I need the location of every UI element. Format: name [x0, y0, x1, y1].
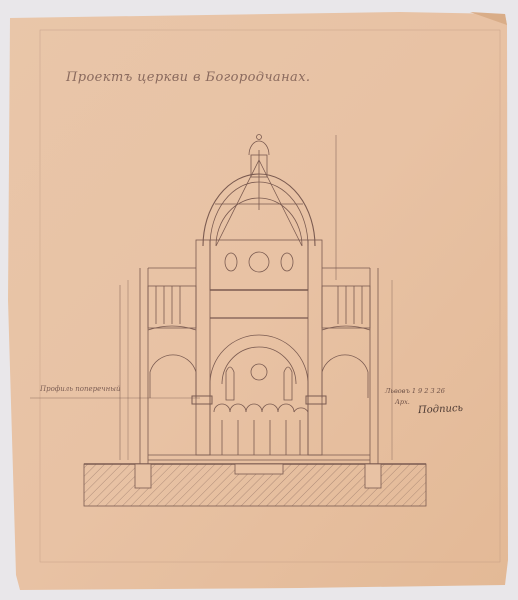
church-section-drawing [0, 0, 518, 600]
section-label: Профиль поперечный [40, 385, 120, 393]
drawing-sheet: Проектъ церкви в Богородчанах. Профиль п… [0, 0, 518, 600]
architect-label: Арх. [395, 398, 410, 406]
date-note: Львовъ 1 9 2 3 26 [385, 387, 445, 395]
architect-signature: Подпись [418, 403, 464, 416]
drawing-title: Проектъ церкви в Богородчанах. [66, 70, 310, 85]
